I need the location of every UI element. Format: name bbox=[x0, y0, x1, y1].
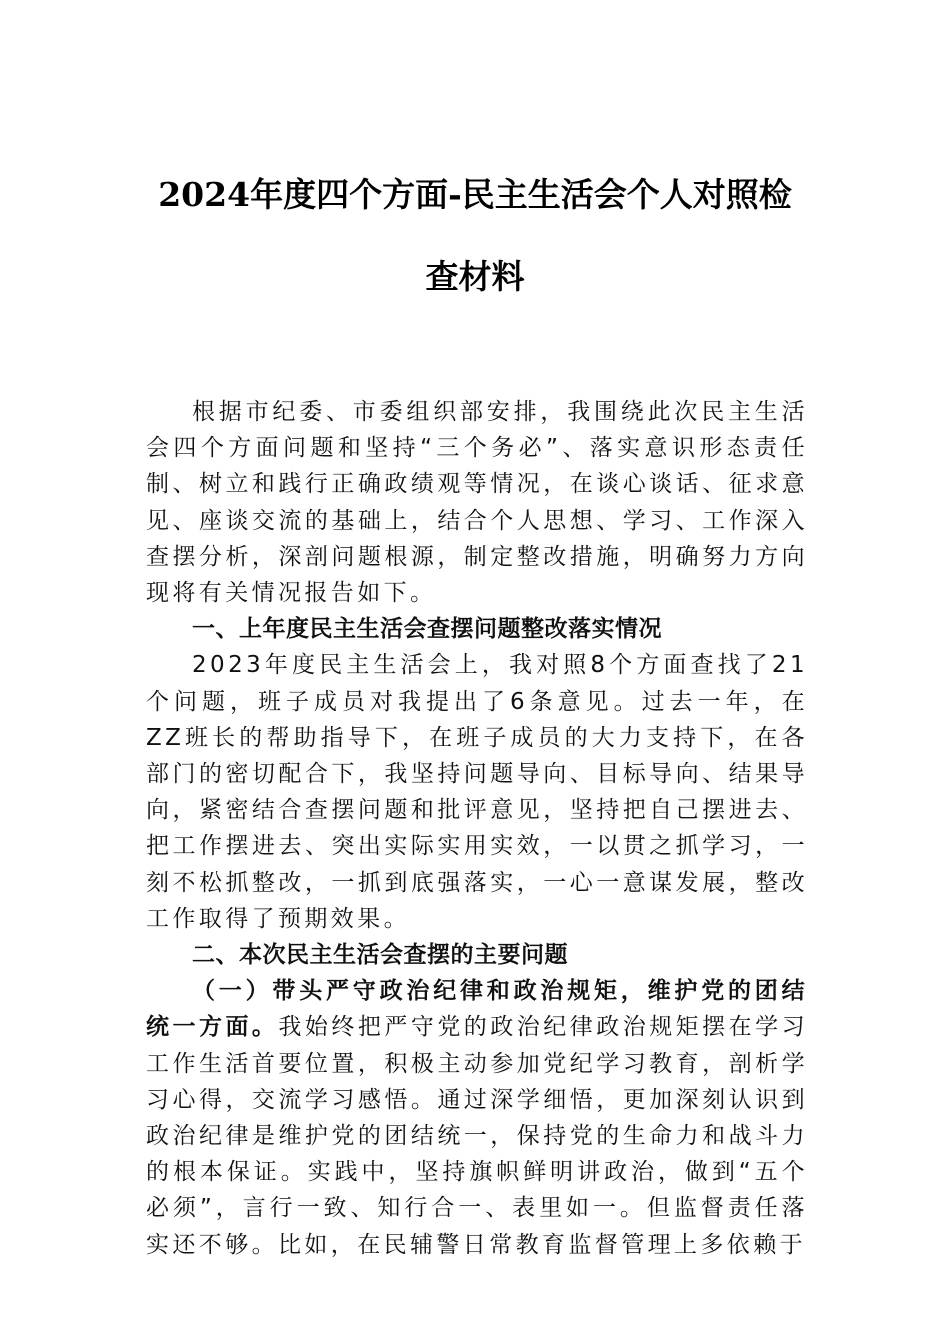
document-page: 2024年度四个方面-民主生活会个人对照检 查材料 根据市纪委、市委组织部安排，… bbox=[0, 0, 950, 1344]
section-1-paragraph: 2023年度民主生活会上，我对照8个方面查找了21个问题，班子成员对我提出了6条… bbox=[146, 647, 808, 937]
section-heading-2: 二、本次民主生活会查摆的主要问题 bbox=[146, 937, 808, 973]
subsection-1-paragraph: （一）带头严守政治纪律和政治规矩，维护党的团结统一方面。我始终把严守党的政治纪律… bbox=[146, 973, 808, 1263]
title-line-1: 2024年度四个方面-民主生活会个人对照检 bbox=[140, 154, 810, 236]
document-body: 根据市纪委、市委组织部安排，我围绕此次民主生活会四个方面问题和坚持“三个务必”、… bbox=[146, 394, 808, 1263]
subsection-1-text: 我始终把严守党的政治纪律政治规矩摆在学习工作生活首要位置，积极主动参加党纪学习教… bbox=[146, 1014, 808, 1257]
document-title: 2024年度四个方面-民主生活会个人对照检 查材料 bbox=[140, 154, 810, 318]
title-line-2: 查材料 bbox=[140, 236, 810, 318]
intro-paragraph: 根据市纪委、市委组织部安排，我围绕此次民主生活会四个方面问题和坚持“三个务必”、… bbox=[146, 394, 808, 611]
section-heading-1: 一、上年度民主生活会查摆问题整改落实情况 bbox=[146, 611, 808, 647]
